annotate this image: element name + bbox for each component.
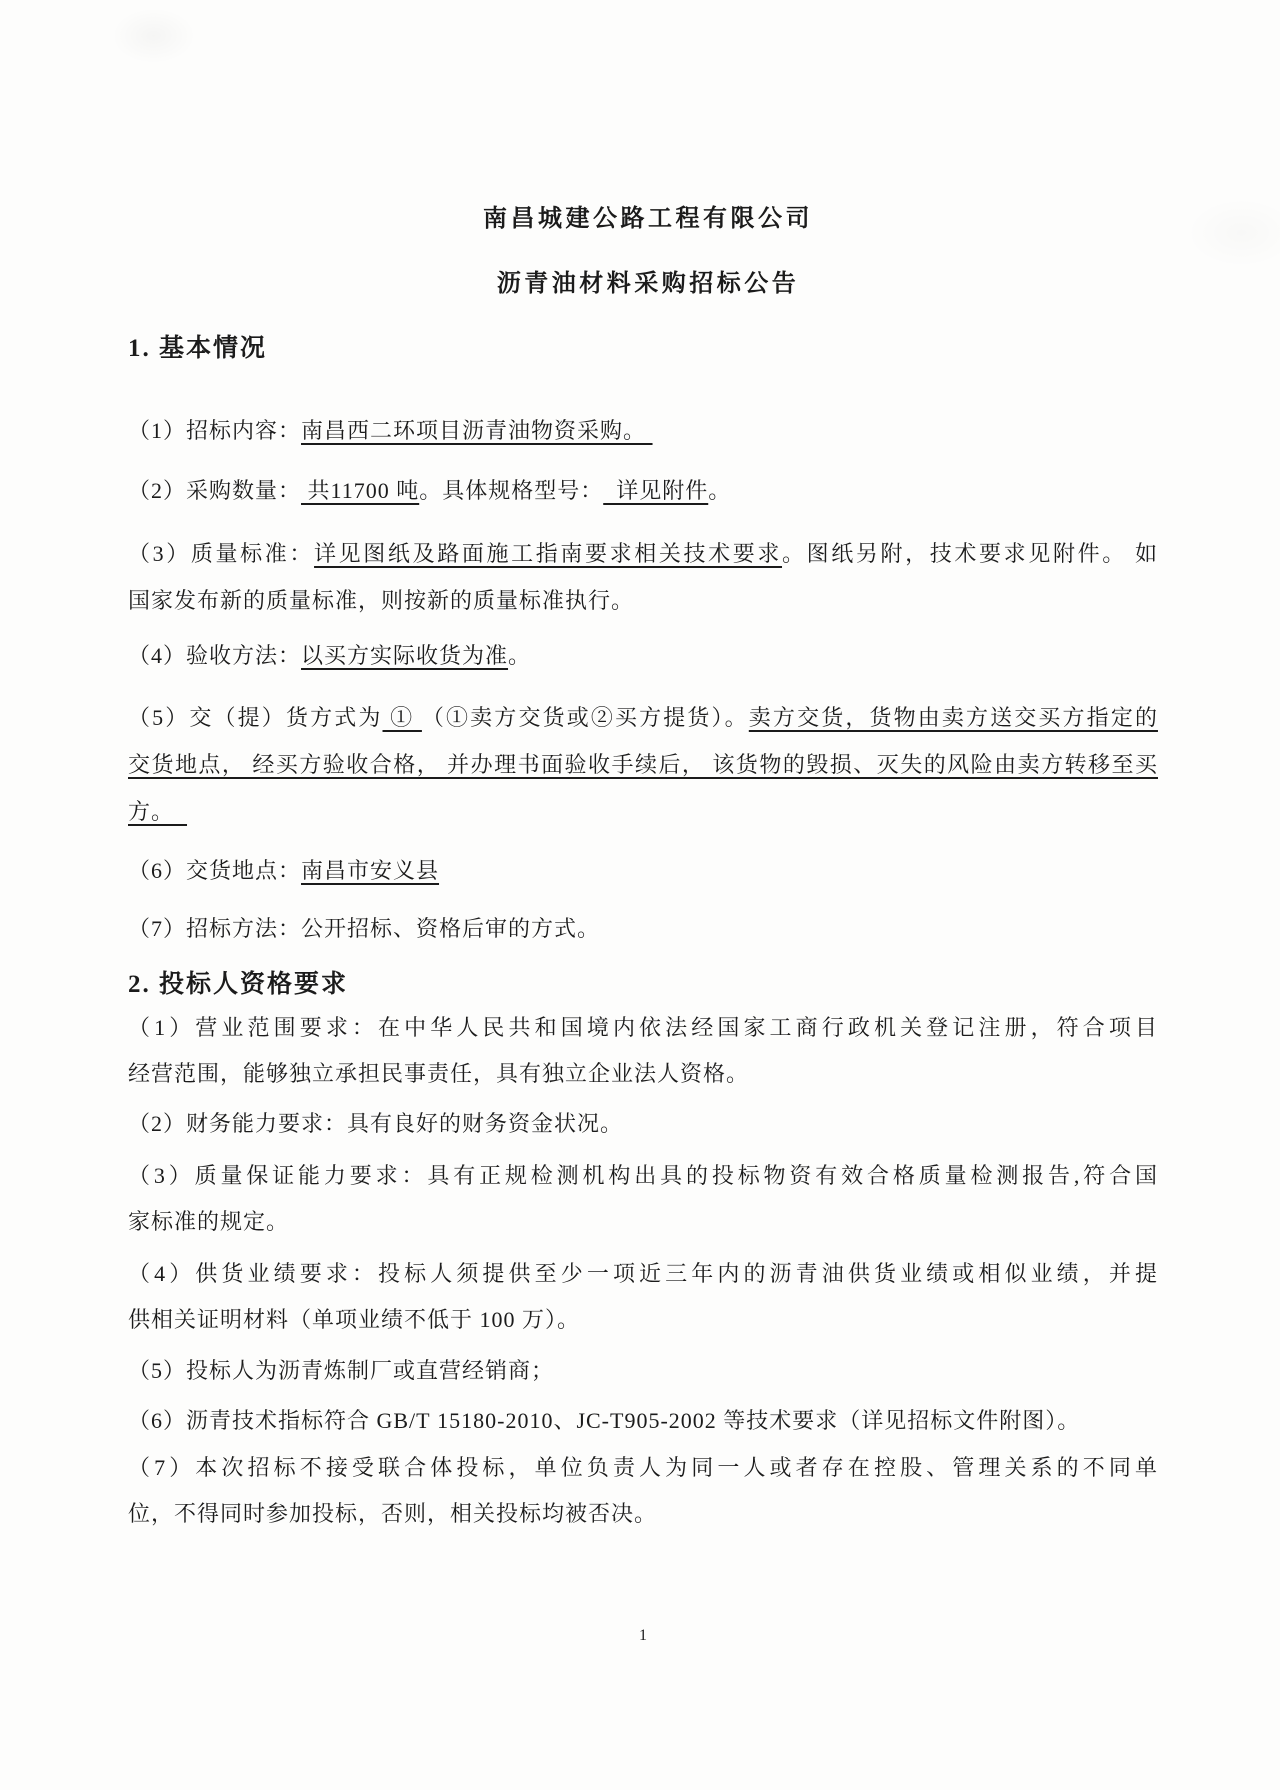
underlined-fill-in-text: 南昌市安义县 [301,858,439,883]
text-run: 。 [708,478,731,503]
text-line: （4）验收方法：以买方实际收货为准。 [128,632,1158,679]
text-run: （2）财务能力要求：具有良好的财务资金状况。 [128,1111,623,1136]
text-run: （3）质量标准： [128,541,314,566]
underlined-fill-in-text: 详见附件 [603,478,708,503]
section-2-item-1: （1）营业范围要求：在中华人民共和国境内依法经国家工商行政机关登记注册，符合项目… [128,1005,1158,1097]
underlined-fill-in-text: 共11700 吨 [301,478,419,503]
text-run: （7）招标方法：公开招标、资格后审的方式。 [128,916,600,941]
section-2-item-4: （4）供货业绩要求：投标人须提供至少一项近三年内的沥青油供货业绩或相似业绩，并提… [128,1251,1158,1343]
text-line: （7）招标方法：公开招标、资格后审的方式。 [128,905,1158,952]
section-1-heading: 1. 基本情况 [128,333,1158,365]
text-run: （1）营业范围要求：在中华人民共和国境内依法经国家工商行政机关登记注册，符合项目 [128,1015,1158,1040]
text-run: （5）投标人为沥青炼制厂或直营经销商； [128,1358,554,1383]
text-run: （6）沥青技术指标符合 GB/T 15180-2010、JC-T905-2002… [128,1408,1080,1433]
text-run: （5）交（提）货方式为 [128,705,383,730]
text-line: （7）本次招标不接受联合体投标，单位负责人为同一人或者存在控股、管理关系的不同单 [128,1445,1158,1491]
text-line: （6）沥青技术指标符合 GB/T 15180-2010、JC-T905-2002… [128,1398,1158,1444]
text-line: （3）质量保证能力要求：具有正规检测机构出具的投标物资有效合格质量检测报告,符合… [128,1153,1158,1199]
section-2-item-3: （3）质量保证能力要求：具有正规检测机构出具的投标物资有效合格质量检测报告,符合… [128,1153,1158,1245]
underlined-fill-in-text: 卖方交货，货物由卖方送交买方指定的 [749,705,1158,730]
section-1-item-2: （2）采购数量： 共11700 吨。具体规格型号： 详见附件。 [128,467,1158,514]
text-run: 国家发布新的质量标准，则按新的质量标准执行。 [128,588,634,613]
doc-title: 南昌城建公路工程有限公司 [128,203,1168,235]
section-1-item-1: （1）招标内容：南昌西二环项目沥青油物资采购。 [128,407,1158,454]
text-run: （1）招标内容： [128,418,301,443]
text-run: （4）供货业绩要求：投标人须提供至少一项近三年内的沥青油供货业绩或相似业绩，并提 [128,1261,1158,1286]
text-line: 供相关证明材料（单项业绩不低于 100 万）。 [128,1297,1158,1343]
section-1-item-3: （3）质量标准：详见图纸及路面施工指南要求相关技术要求。图纸另附，技术要求见附件… [128,530,1158,624]
underlined-fill-in-text: ① [383,705,422,730]
text-line: 交货地点， 经买方验收合格， 并办理书面验收手续后， 该货物的毁损、灭失的风险由… [128,741,1158,788]
text-line: （2）财务能力要求：具有良好的财务资金状况。 [128,1101,1158,1147]
text-line: （4）供货业绩要求：投标人须提供至少一项近三年内的沥青油供货业绩或相似业绩，并提 [128,1251,1158,1297]
section-1-item-7: （7）招标方法：公开招标、资格后审的方式。 [128,905,1158,952]
text-run: （①卖方交货或②买方提货）。 [422,705,749,730]
text-line: 方。 [128,788,1158,835]
underlined-fill-in-text: 详见图纸及路面施工指南要求相关技术要求 [314,541,782,566]
underlined-fill-in-text: 交货地点， 经买方验收合格， 并办理书面验收手续后， 该货物的毁损、灭失的风险由… [128,752,1158,777]
text-line: （1）营业范围要求：在中华人民共和国境内依法经国家工商行政机关登记注册，符合项目 [128,1005,1158,1051]
text-line: （2）采购数量： 共11700 吨。具体规格型号： 详见附件。 [128,467,1158,514]
text-run: 家标准的规定。 [128,1209,289,1234]
section-1-item-5: （5）交（提）货方式为 ① （①卖方交货或②买方提货）。卖方交货，货物由卖方送交… [128,694,1158,835]
section-2-item-7: （7）本次招标不接受联合体投标，单位负责人为同一人或者存在控股、管理关系的不同单… [128,1445,1158,1537]
text-run: （6）交货地点： [128,858,301,883]
section-2-item-6: （6）沥青技术指标符合 GB/T 15180-2010、JC-T905-2002… [128,1398,1158,1444]
text-run: 位，不得同时参加投标，否则，相关投标均被否决。 [128,1501,657,1526]
section-2-item-2: （2）财务能力要求：具有良好的财务资金状况。 [128,1101,1158,1147]
text-line: 位，不得同时参加投标，否则，相关投标均被否决。 [128,1491,1158,1537]
doc-subtitle: 沥青油材料采购招标公告 [128,268,1168,300]
text-line: （6）交货地点：南昌市安义县 [128,847,1158,894]
page-number: 1 [128,1625,1158,1647]
text-run: 供相关证明材料（单项业绩不低于 100 万）。 [128,1307,580,1332]
section-2-item-5: （5）投标人为沥青炼制厂或直营经销商； [128,1348,1158,1394]
underlined-fill-in-text: 南昌西二环项目沥青油物资采购。 [301,418,653,443]
section-1-item-6: （6）交货地点：南昌市安义县 [128,847,1158,894]
text-line: （5）投标人为沥青炼制厂或直营经销商； [128,1348,1158,1394]
text-run: （2）采购数量： [128,478,301,503]
text-run: （3）质量保证能力要求：具有正规检测机构出具的投标物资有效合格质量检测报告,符合… [128,1163,1158,1188]
text-run: 。 [508,643,531,668]
section-2-heading: 2. 投标人资格要求 [128,969,1158,1001]
text-run: 。图纸另附，技术要求见附件。 如 [782,541,1158,566]
text-line: （5）交（提）货方式为 ① （①卖方交货或②买方提货）。卖方交货，货物由卖方送交… [128,694,1158,741]
text-run: （7）本次招标不接受联合体投标，单位负责人为同一人或者存在控股、管理关系的不同单 [128,1455,1158,1480]
scanned-document-page: 南昌城建公路工程有限公司 沥青油材料采购招标公告 1. 基本情况 （1）招标内容… [0,0,1280,1790]
text-run: 。具体规格型号： [419,478,603,503]
text-run: 经营范围，能够独立承担民事责任，具有独立企业法人资格。 [128,1061,749,1086]
text-line: （3）质量标准：详见图纸及路面施工指南要求相关技术要求。图纸另附，技术要求见附件… [128,530,1158,577]
section-1-item-4: （4）验收方法：以买方实际收货为准。 [128,632,1158,679]
text-line: 家标准的规定。 [128,1199,1158,1245]
text-run: （4）验收方法： [128,643,301,668]
text-line: （1）招标内容：南昌西二环项目沥青油物资采购。 [128,407,1158,454]
text-line: 国家发布新的质量标准，则按新的质量标准执行。 [128,577,1158,624]
underlined-fill-in-text: 以买方实际收货为准 [301,643,508,668]
text-line: 经营范围，能够独立承担民事责任，具有独立企业法人资格。 [128,1051,1158,1097]
underlined-fill-in-text: 方。 [128,799,187,824]
